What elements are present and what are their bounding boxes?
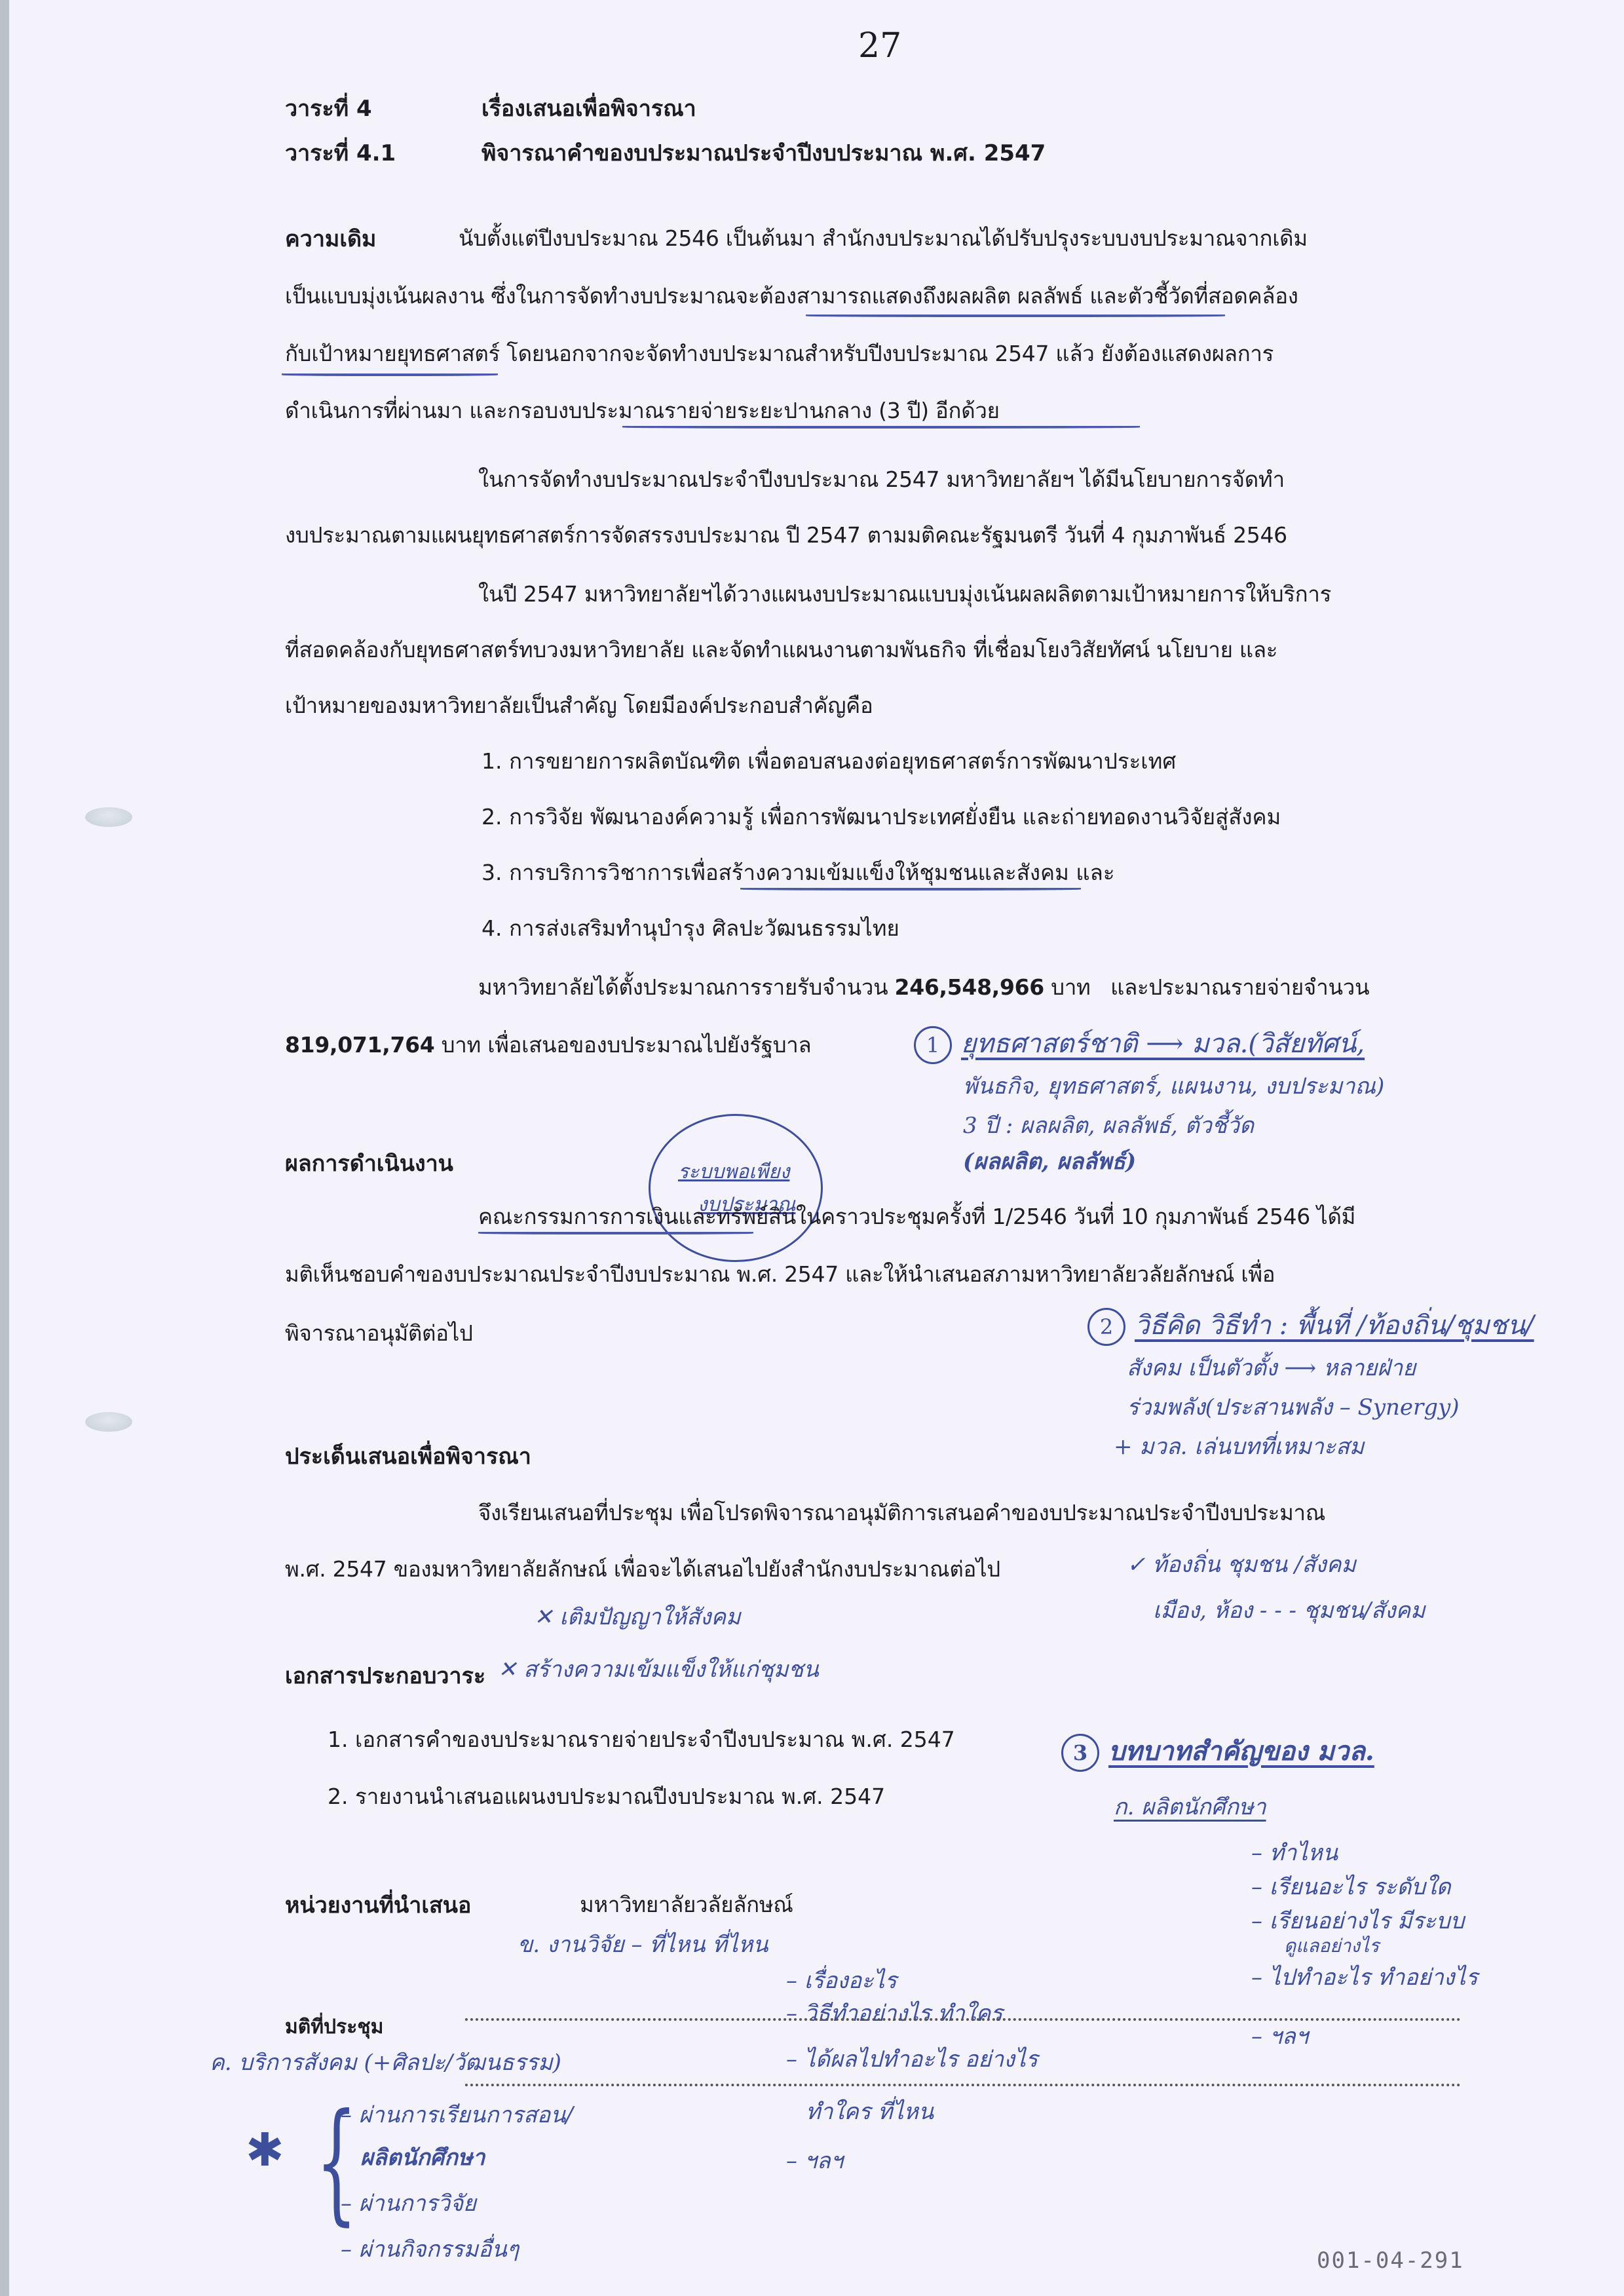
paragraph-line: พ.ศ. 2547 ของมหาวิทยาลัยลักษณ์ เพื่อจะได…: [285, 1552, 1000, 1586]
paragraph-line: เป็นแบบมุ่งเน้นผลงาน ซึ่งในการจัดทำงบประ…: [285, 278, 1298, 313]
attachment-item: 1. เอกสารคำของบประมาณรายจ่ายประจำปีงบประ…: [328, 1722, 955, 1757]
paragraph-line: คณะกรรมการการเงินและทรัพย์สินในคราวประชุ…: [478, 1199, 1355, 1234]
punch-hole: [85, 1412, 132, 1432]
circled-number: 3: [1061, 1734, 1099, 1772]
handwritten-note: 3 ปี : ผลผลิต, ผลลัพธ์, ตัวชี้วัด: [963, 1107, 1254, 1143]
currency: บาท: [442, 1032, 481, 1058]
paragraph-line: จึงเรียนเสนอที่ประชุม เพื่อโปรดพิจารณาอน…: [478, 1495, 1325, 1530]
section-heading-issues: ประเด็นเสนอเพื่อพิจารณา: [285, 1438, 531, 1474]
handwritten-note: – ผ่านการวิจัย: [341, 2185, 476, 2221]
paragraph-line: ที่สอดคล้องกับยุทธศาสตร์ทบวงมหาวิทยาลัย …: [285, 632, 1277, 667]
handwritten-note: ✓ ท้องถิ่น ชุมชน /สังคม: [1127, 1546, 1356, 1582]
handwritten-note: ทำใคร ที่ไหน: [806, 2094, 934, 2129]
handwritten-note: ร่วมพลัง(ประสานพลัง – Synergy): [1127, 1389, 1460, 1425]
handwritten-note: – ฯลฯ: [1251, 2018, 1308, 2054]
budget-line: มหาวิทยาลัยได้ตั้งประมาณการรายรับจำนวน 2…: [478, 970, 1369, 1004]
agenda-label: วาระที่ 4: [285, 90, 372, 126]
presenter-label: หน่วยงานที่นำเสนอ: [285, 1887, 471, 1923]
crossed-note: ✕ เติมปัญญาให้สังคม: [534, 1599, 741, 1634]
stamp-text: ระบบพอเพียง: [678, 1157, 789, 1187]
paragraph-line: มติเห็นชอบคำของบประมาณประจำปีงบประมาณ พ.…: [285, 1257, 1275, 1291]
handwritten-note: ค. บริการสังคม (+ศิลปะ/วัฒนธรรม): [210, 2044, 561, 2080]
pen-underline: [806, 315, 1225, 317]
circled-number: 1: [914, 1026, 952, 1064]
handwritten-note: – ผ่านการเรียนการสอน/: [341, 2097, 573, 2132]
handwritten-note: – เรื่องอะไร: [786, 1962, 897, 1998]
handwritten-note: 1ยุทธศาสตร์ชาติ ⟶ มวล.(วิสัยทัศน์,: [914, 1022, 1365, 1064]
section-heading-attachments: เอกสารประกอบวาระ: [285, 1658, 485, 1693]
agenda-label: วาระที่ 4.1: [285, 135, 396, 170]
component-item: 3. การบริการวิชาการเพื่อสร้างความเข้มแข็…: [482, 855, 1115, 890]
handwritten-note: 3บทบาทสำคัญของ มวล.: [1061, 1730, 1374, 1772]
handwritten-note: – ได้ผลไปทำอะไร อย่างไร: [786, 2041, 1038, 2076]
expense-label: และประมาณรายจ่ายจำนวน: [1110, 974, 1369, 1000]
handwritten-note: – ฯลฯ: [786, 2143, 843, 2178]
section-heading-background: ความเดิม: [285, 221, 376, 256]
page-number: 27: [858, 26, 901, 66]
circled-number: 2: [1087, 1308, 1125, 1346]
agenda-title: เรื่องเสนอเพื่อพิจารณา: [482, 90, 696, 126]
handwritten-note: – ผ่านกิจกรรมอื่นๆ: [341, 2231, 519, 2267]
pen-underline: [478, 1232, 753, 1234]
paragraph-line: พิจารณาอนุมัติต่อไป: [285, 1316, 473, 1350]
paragraph-line: กับเป้าหมายยุทธศาสตร์ โดยนอกจากจะจัดทำงบ…: [285, 336, 1274, 371]
pen-underline: [740, 888, 1081, 890]
handwritten-note: 2วิธีคิด วิธีทำ : พื้นที่ /ท้องถิ่น/ชุมช…: [1087, 1304, 1534, 1346]
handwritten-note: + มวล. เล่นบทที่เหมาะสม: [1114, 1428, 1364, 1464]
punch-hole: [85, 807, 132, 827]
agenda-title: พิจารณาคำของบประมาณประจำปีงบประมาณ พ.ศ. …: [482, 135, 1046, 170]
handwritten-note: – วิธีทำอย่างไร ทำใคร: [786, 1995, 1002, 2031]
paragraph-line: ดำเนินการที่ผ่านมา และกรอบงบประมาณรายจ่า…: [285, 393, 1000, 428]
budget-purpose: เพื่อเสนอของบประมาณไปยังรัฐบาล: [487, 1032, 811, 1058]
income-amount: 246,548,966: [895, 974, 1044, 1000]
attachment-item: 2. รายงานนำเสนอแผนงบประมาณปีงบประมาณ พ.ศ…: [328, 1779, 885, 1814]
paragraph-line: งบประมาณตามแผนยุทธศาสตร์การจัดสรรงบประมา…: [285, 518, 1287, 552]
handwritten-note: ข. งานวิจัย – ที่ไหน ที่ไหน: [518, 1926, 768, 1962]
expense-amount: 819,071,764: [285, 1032, 434, 1058]
section-heading-results: ผลการดำเนินงาน: [285, 1145, 453, 1181]
resolution-line: [465, 2084, 1461, 2086]
paragraph-line: ในการจัดทำงบประมาณประจำปีงบประมาณ 2547 ม…: [478, 462, 1285, 497]
scan-edge: [0, 0, 9, 2296]
paragraph-line: ในปี 2547 มหาวิทยาลัยฯได้วางแผนงบประมาณแ…: [478, 577, 1331, 611]
crossed-note: ✕ สร้างความเข้มแข็งให้แก่ชุมชน: [498, 1651, 819, 1687]
handwritten-note: สังคม เป็นตัวตั้ง ⟶ หลายฝ่าย: [1127, 1350, 1416, 1385]
pen-underline: [622, 426, 1140, 429]
budget-line: 819,071,764 บาท เพื่อเสนอของบประมาณไปยัง…: [285, 1027, 811, 1062]
income-label: มหาวิทยาลัยได้ตั้งประมาณการรายรับจำนวน: [478, 974, 888, 1000]
handwritten-note: (ผลผลิต, ผลลัพธ์): [963, 1143, 1136, 1179]
handwritten-note: – ทำไหน: [1251, 1835, 1338, 1870]
paragraph-line: เป้าหมายของมหาวิทยาลัยเป็นสำคัญ โดยมีองค…: [285, 688, 873, 723]
handwritten-note: ก. ผลิตนักศึกษา: [1114, 1789, 1266, 1824]
paragraph-line: นับตั้งแต่ปีงบประมาณ 2546 เป็นต้นมา สำนั…: [459, 221, 1308, 256]
handwritten-note: ผลิตนักศึกษา: [360, 2139, 485, 2175]
resolution-line: [465, 2018, 1461, 2021]
handwritten-circle: [649, 1114, 823, 1262]
asterisk-mark: ✱: [246, 2123, 284, 2177]
pen-underline: [282, 373, 498, 376]
component-item: 1. การขยายการผลิตบัณฑิต เพื่อตอบสนองต่อย…: [482, 744, 1176, 778]
handwritten-note: – ไปทำอะไร ทำอย่างไร: [1251, 1959, 1478, 1995]
component-item: 4. การส่งเสริมทำนุบำรุง ศิลปะวัฒนธรรมไทย: [482, 911, 899, 946]
component-item: 2. การวิจัย พัฒนาองค์ความรู้ เพื่อการพัฒ…: [482, 799, 1281, 834]
currency: บาท: [1051, 974, 1090, 1000]
handwritten-note: – เรียนอะไร ระดับใด: [1251, 1869, 1451, 1904]
handwritten-note: พันธกิจ, ยุทธศาสตร์, แผนงาน, งบประมาณ): [963, 1068, 1384, 1103]
presenter-value: มหาวิทยาลัยวลัยลักษณ์: [580, 1887, 793, 1922]
resolution-label: มติที่ประชุม: [285, 2012, 383, 2042]
handwritten-note: ดูแลอย่างไร: [1284, 1932, 1379, 1961]
handwritten-note: เมือง, ห้อง - - - ชุมชน/สังคม: [1153, 1592, 1426, 1628]
document-id: 001-04-291: [1317, 2248, 1464, 2274]
